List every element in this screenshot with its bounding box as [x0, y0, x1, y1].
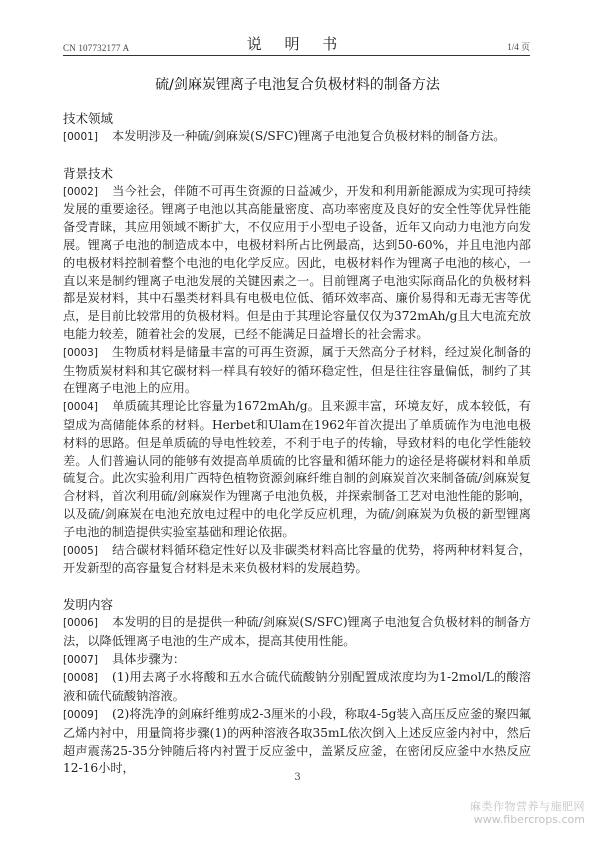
- paragraph-text: 生物质材料是储量丰富的可再生资源，属于天然高分子材料，经过炭化制备的生物质炭材料…: [63, 345, 531, 396]
- paragraph: [0002]当今社会，伴随不可再生资源的日益减少，开发和利用新能源成为实现可持续…: [63, 183, 531, 344]
- paragraph: [0006]本发明的目的是提供一种硫/剑麻炭(S/SFC)锂离子电池复合负极材料…: [63, 614, 531, 651]
- paragraph: [0009](2)将洗净的剑麻纤维剪成2-3厘米的小段，称取4-5g装入高压反应…: [63, 706, 531, 778]
- paragraph-number: [0007]: [63, 652, 112, 670]
- page-number: 3: [0, 772, 595, 783]
- paragraph: [0005]结合碳材料循环稳定性好以及非碳类材料高比容量的优势，将两种材料复合，…: [63, 542, 531, 579]
- spacer: [63, 578, 531, 596]
- watermark: 麻类作物营养与施肥网 www.fibercrops.com: [470, 800, 585, 826]
- paragraph-text: (2)将洗净的剑麻纤维剪成2-3厘米的小段，称取4-5g装入高压反应釜的聚四氟乙…: [63, 707, 531, 775]
- section-heading-background: 背景技术: [63, 165, 531, 183]
- document-type: 说 明 书: [63, 33, 530, 54]
- paragraph-text: 本发明涉及一种硫/剑麻炭(S/SFC)锂离子电池复合负极材料的制备方法。: [112, 129, 505, 143]
- paragraph: [0007]具体步骤为：: [63, 651, 531, 670]
- paragraph-text: 当今社会，伴随不可再生资源的日益减少，开发和利用新能源成为实现可持续发展的重要途…: [63, 184, 531, 341]
- watermark-url: www.fibercrops.com: [470, 813, 585, 826]
- paragraph-text: 本发明的目的是提供一种硫/剑麻炭(S/SFC)锂离子电池复合负极材料的制备方法，…: [63, 615, 531, 648]
- paragraph-number: [0009]: [63, 707, 112, 725]
- paragraph: [0004]单质硫其理论比容量为1672mAh/g。且来源丰富，环境友好，成本较…: [63, 398, 531, 541]
- paragraph-text: 结合碳材料循环稳定性好以及非碳类材料高比容量的优势，将两种材料复合，开发新型的高…: [63, 543, 531, 576]
- section-heading-technical-field: 技术领域: [63, 110, 531, 128]
- paragraph-text: 单质硫其理论比容量为1672mAh/g。且来源丰富，环境友好，成本较低，有望成为…: [63, 399, 531, 539]
- paragraph-number: [0004]: [63, 399, 112, 417]
- paragraph-number: [0003]: [63, 345, 112, 363]
- spacer: [63, 147, 531, 165]
- document-body: 技术领域 [0001]本发明涉及一种硫/剑麻炭(S/SFC)锂离子电池复合负极材…: [63, 110, 531, 778]
- watermark-site-name: 麻类作物营养与施肥网: [470, 800, 585, 813]
- paragraph-text: (1)用去离子水将酸和五水合硫代硫酸钠分别配置成浓度均为1-2mol/L的酸溶液…: [63, 670, 531, 703]
- paragraph: [0003]生物质材料是储量丰富的可再生资源，属于天然高分子材料，经过炭化制备的…: [63, 344, 531, 398]
- paragraph-number: [0008]: [63, 670, 112, 688]
- paragraph-text: 具体步骤为：: [112, 652, 185, 666]
- page-header: CN 107732177 A 说 明 书 1/4 页: [63, 38, 530, 56]
- paragraph: [0001]本发明涉及一种硫/剑麻炭(S/SFC)锂离子电池复合负极材料的制备方…: [63, 128, 531, 147]
- page-indicator: 1/4 页: [507, 40, 530, 53]
- section-heading-summary: 发明内容: [63, 596, 531, 614]
- paragraph: [0008](1)用去离子水将酸和五水合硫代硫酸钠分别配置成浓度均为1-2mol…: [63, 669, 531, 706]
- document-title: 硫/剑麻炭锂离子电池复合负极材料的制备方法: [0, 74, 595, 94]
- paragraph-number: [0001]: [63, 129, 112, 147]
- paragraph-number: [0002]: [63, 184, 112, 202]
- paragraph-number: [0005]: [63, 543, 112, 561]
- paragraph-number: [0006]: [63, 615, 112, 633]
